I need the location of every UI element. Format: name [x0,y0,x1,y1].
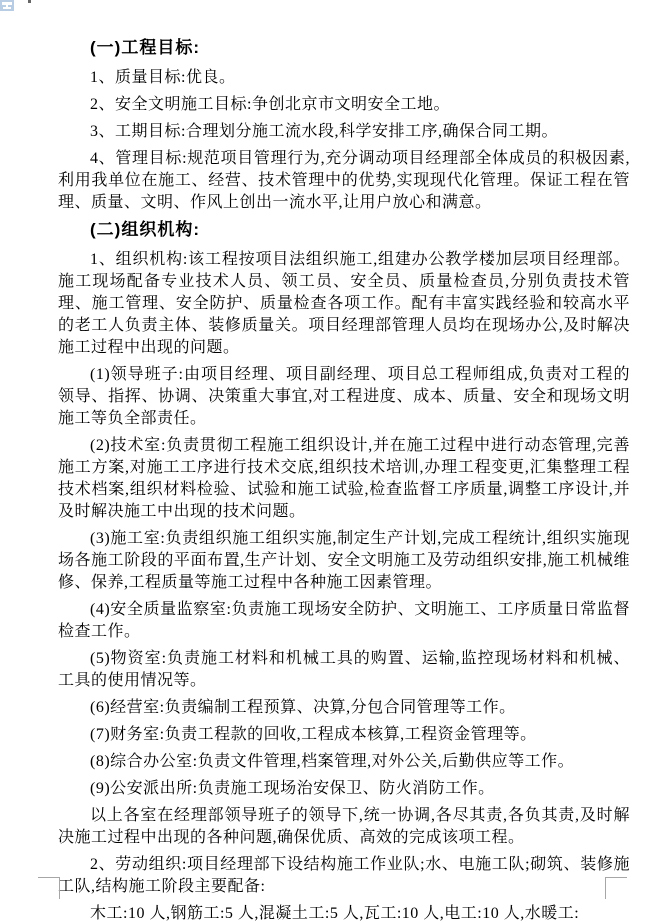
screen-artifact [28,0,31,3]
paragraph-schedule-goal: 3、工期目标:合理划分施工流水段,科学安排工序,确保合同工期。 [58,121,630,143]
paragraph-materials-office: (5)物资室:负责施工材料和机械工具的购置、运输,监控现场材料和机械、工具的使用… [58,648,630,692]
document-content: (一)工程目标: 1、质量目标:优良。 2、安全文明施工目标:争创北京市文明安全… [58,34,630,923]
paragraph-operations-office: (6)经营室:负责编制工程预算、决算,分包合同管理等工作。 [58,697,630,719]
paragraph-safety-goal: 2、安全文明施工目标:争创北京市文明安全工地。 [58,94,630,116]
paragraph-management-goal: 4、管理目标:规范项目管理行为,充分调动项目经理部全体成员的积极因素,利用我单位… [58,148,630,214]
paragraph-worker-counts: 木工:10 人,钢筋工:5 人,混凝土工:5 人,瓦工:10 人,电工:10 人… [58,903,630,923]
paragraph-police-station: (9)公安派出所:负责施工现场治安保卫、防火消防工作。 [58,778,630,800]
crop-mark-bottom-right [605,877,627,899]
paragraph-technical-office: (2)技术室:负责贯彻工程施工组织设计,并在施工过程中进行动态管理,完善施工方案… [58,435,630,523]
crop-mark-bottom-left [38,877,60,899]
paragraph-construction-office: (3)施工室:负责组织施工组织实施,制定生产计划,完成工程统计,组织实施现场各施… [58,528,630,594]
document-page: { "window": { "corner_icon": "format-ico… [0,0,668,923]
paragraph-coordination-note: 以上各室在经理部领导班子的领导下,统一协调,各尽其责,各负其责,及时解决施工过程… [58,805,630,849]
paragraph-labor-organization: 2、劳动组织:项目经理部下设结构施工作业队;水、电施工队;砌筑、装修施工队,结构… [58,854,630,898]
paragraph-finance-office: (7)财务室:负责工程款的回收,工程成本核算,工程资金管理等。 [58,724,630,746]
format-icon[interactable] [0,0,14,11]
paragraph-leadership-team: (1)领导班子:由项目经理、项目副经理、项目总工程师组成,负责对工程的领导、指挥… [58,364,630,430]
section-heading-project-goals: (一)工程目标: [58,37,630,59]
paragraph-org-structure: 1、组织机构:该工程按项目法组织施工,组建办公教学楼加层项目经理部。施工现场配备… [58,249,630,359]
paragraph-general-office: (8)综合办公室:负责文件管理,档案管理,对外公关,后勤供应等工作。 [58,751,630,773]
section-heading-organization: (二)组织机构: [58,219,630,241]
format-icon-bar [3,7,11,9]
paragraph-quality-goal: 1、质量目标:优良。 [58,67,630,89]
paragraph-safety-quality-office: (4)安全质量监察室:负责施工现场安全防护、文明施工、工序质量日常监督检查工作。 [58,599,630,643]
